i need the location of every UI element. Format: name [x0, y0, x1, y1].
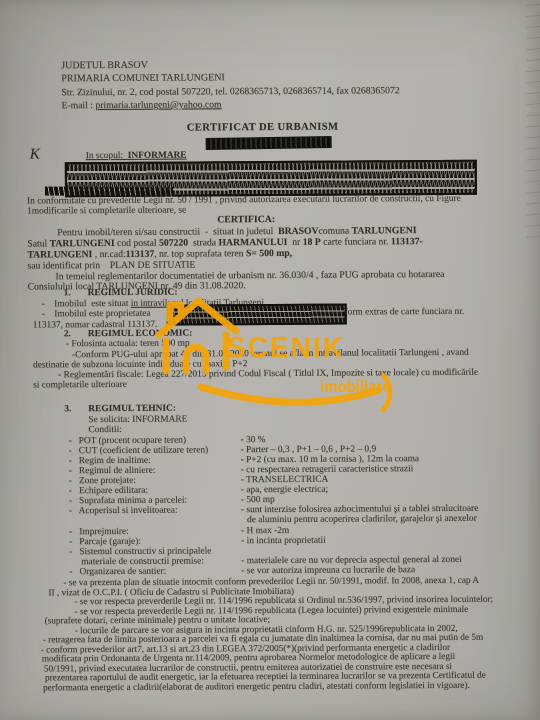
economic-item: si completarile ulterioare	[33, 380, 127, 391]
note-line: performanta energetic a cladirii(elabora…	[43, 681, 470, 694]
issuer-name: PRIMARIA COMUNEI TARLUNGENI	[61, 73, 225, 84]
issuer-county: JUDETUL BRASOV	[61, 61, 148, 72]
tehnic-value-continuation: de aluminiu pentru acoperirea cladirilor…	[247, 514, 477, 526]
section-number: 1.	[64, 288, 88, 299]
email-link: primaria.tarlungeni@yahoo.com	[95, 99, 221, 111]
purpose-line: In scopul: INFORMARE	[86, 151, 187, 162]
redacted-owner-name	[167, 304, 347, 326]
text-segment: nr	[287, 237, 302, 248]
document-body: JUDETUL BRASOV PRIMARIA COMUNEI TARLUNGE…	[0, 0, 540, 720]
tehnic-subline: Conditii:	[88, 425, 121, 436]
issuer-email-line: E-mail : primaria.tarlungeni@yahoo.com	[61, 100, 221, 111]
text-segment: HARMANULUI	[218, 237, 287, 248]
tehnic-value: - 500 mp	[241, 495, 275, 505]
document-title: CERTIFICAT DE URBANISM	[0, 121, 527, 135]
tehnic-label: - Organizarea de santier:	[69, 566, 241, 578]
section-title: REGIMUL TEHNIC:	[88, 404, 176, 415]
text-segment: 18 P	[303, 237, 321, 248]
issuer-address: Str. Zizinului, nr. 2, cod postal 507220…	[61, 86, 399, 99]
tehnic-value: - materialele care nu vor deprecia aspec…	[241, 555, 462, 566]
tehnic-value: - TRANSELECTRICA	[241, 475, 329, 486]
text-segment: conform extras de carte funciara nr.	[331, 307, 464, 318]
text-segment: comuna	[318, 225, 351, 236]
email-label: E-mail :	[61, 100, 95, 111]
text-segment: strada	[188, 237, 218, 248]
economic-item: - Reglementări fiscale: Legea 227/2015 p…	[58, 368, 478, 381]
text-segment: In scopul:	[86, 151, 128, 161]
certifica-heading: CERTIFICA:	[217, 215, 275, 226]
text-segment: BRASOV	[278, 226, 318, 237]
text-segment: Satul	[27, 238, 49, 249]
text-segment: - Imobilul este proprietatea	[42, 309, 153, 320]
section-heading-juridic: 1.REGIMUL JURIDIC:	[64, 288, 178, 299]
text-segment: TARLUNGENI	[27, 249, 92, 260]
tehnic-value: - 30 %	[240, 435, 265, 445]
text-segment: , nr. top suprafata teren	[154, 248, 246, 260]
intro-line: In conformitate cu prevederile Legii nr.…	[27, 194, 461, 207]
text-segment: cod postal	[115, 238, 159, 249]
text-segment: S= 500 mp,	[246, 248, 292, 259]
scanned-document-page: JUDETUL BRASOV PRIMARIA COMUNEI TARLUNGE…	[0, 0, 540, 720]
text-segment: carte funciara nr.	[321, 236, 391, 247]
tehnic-value: - H max -2m	[241, 526, 289, 536]
tehnic-value: - cu respectarea retragerii caracteristi…	[241, 464, 414, 475]
purpose-label: In scopul: INFORMARE	[86, 151, 187, 162]
text-segment: , nr.cad:	[92, 249, 125, 260]
text-segment: 507220	[159, 237, 188, 248]
tehnic-value: - in incinta proprietatii	[241, 536, 326, 547]
purpose-value: INFORMARE	[128, 151, 187, 161]
section-title: REGIMUL JURIDIC:	[88, 288, 178, 299]
handwritten-mark: K	[30, 149, 40, 160]
section-heading-tehnic: 3.REGIMUL TEHNIC:	[64, 404, 176, 415]
tehnic-value: - apa, energie electrica;	[241, 485, 328, 496]
text-segment: 113137-	[391, 236, 423, 247]
text-segment: 113137	[126, 249, 155, 260]
redacted-certificate-number	[207, 137, 331, 149]
section-title: REGIMUL ECONOMIC:	[88, 328, 192, 339]
text-segment: TARLUNGENI	[50, 238, 115, 249]
text-segment: TARLUNGENI	[352, 225, 417, 236]
tehnic-value: - se vor autoriza impreuna cu lucrarile …	[241, 565, 415, 576]
section-number: 3.	[64, 404, 88, 415]
tehnic-subline: Se solicita: INFORMARE	[88, 415, 187, 426]
text-segment: - Imobilul este situat	[42, 299, 131, 310]
economic-item: -Conform PUG-ului aprobat 49 din 31.08.2…	[72, 348, 469, 361]
intro-line: 1modificarile si completarile ulterioare…	[27, 206, 186, 217]
tehnic-label: - Acoperisul si invelitoarea:	[69, 505, 241, 517]
economic-item: - Folosinta actuala: teren 500 mp	[66, 338, 190, 349]
